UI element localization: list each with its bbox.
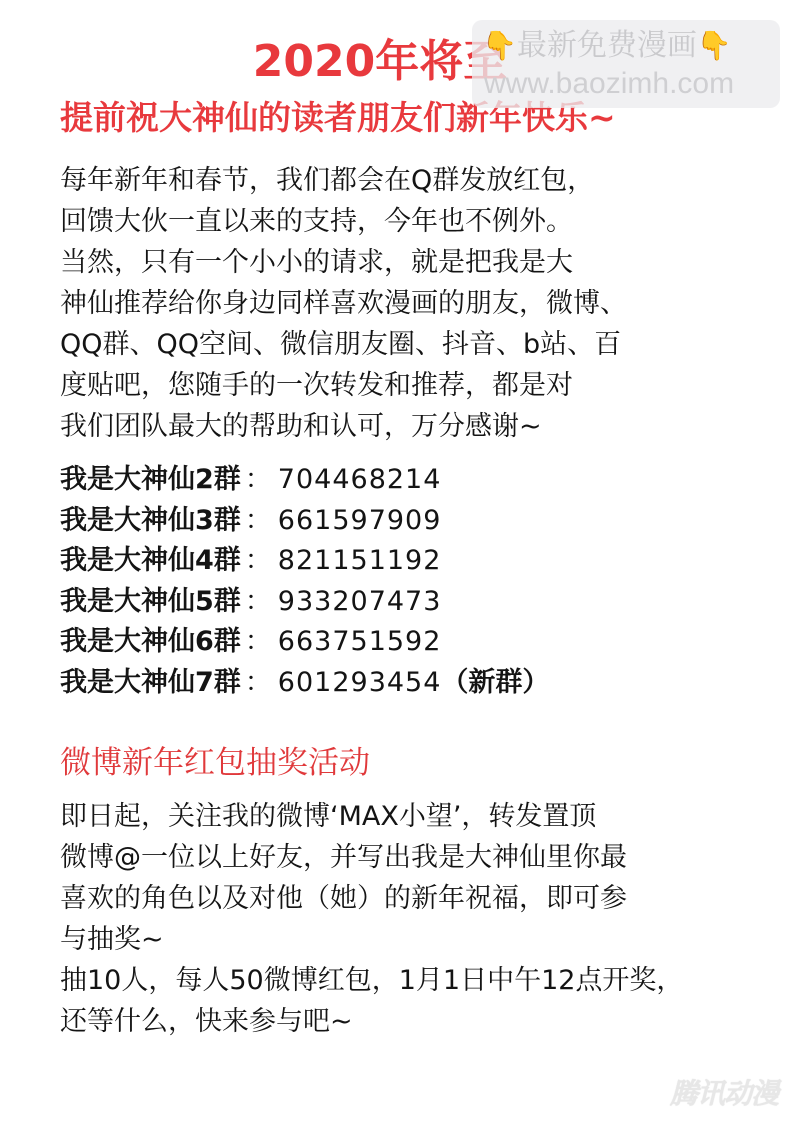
intro-line: 度贴吧，您随手的一次转发和推荐，都是对: [60, 365, 627, 406]
group-colon: ：: [245, 586, 272, 617]
group-name: 我是大神仙3群: [60, 505, 241, 536]
group-row: 我是大神仙3群：661597909: [60, 501, 549, 542]
qq-group-list: 我是大神仙2群：704468214 我是大神仙3群：661597909 我是大神…: [60, 460, 549, 703]
intro-line: 当然，只有一个小小的请求，就是把我是大: [60, 242, 627, 283]
group-number: 821151192: [278, 545, 442, 576]
watermark-url: www.baozimh.com: [484, 66, 734, 102]
group-colon: ：: [245, 626, 272, 657]
pointing-down-icon: 👇: [697, 29, 732, 62]
group-row: 我是大神仙2群：704468214: [60, 460, 549, 501]
group-colon: ：: [245, 464, 272, 495]
group-name: 我是大神仙5群: [60, 586, 241, 617]
intro-line: 我们团队最大的帮助和认可，万分感谢~: [60, 406, 627, 447]
intro-line: 每年新年和春节，我们都会在Q群发放红包，: [60, 160, 627, 201]
event-line: 抽10人，每人50微博红包，1月1日中午12点开奖，: [60, 960, 683, 1001]
intro-line: QQ群、QQ空间、微信朋友圈、抖音、b站、百: [60, 324, 627, 365]
watermark-text: 最新免费漫画: [517, 28, 697, 63]
group-name: 我是大神仙7群: [60, 667, 241, 698]
intro-line: 神仙推荐给你身边同样喜欢漫画的朋友，微博、: [60, 283, 627, 324]
event-paragraph: 即日起，关注我的微博‘MAX小望’，转发置顶 微博@一位以上好友，并写出我是大神…: [60, 796, 683, 1042]
intro-line: 回馈大伙一直以来的支持，今年也不例外。: [60, 201, 627, 242]
title-text: 2020年将至: [253, 36, 507, 88]
event-line: 还等什么，快来参与吧~: [60, 1001, 683, 1042]
site-watermark: 👇最新免费漫画👇 www.baozimh.com: [472, 20, 780, 108]
group-row: 我是大神仙7群：601293454（新群）: [60, 663, 549, 704]
tencent-comic-logo: 腾讯动漫: [670, 1072, 778, 1112]
group-row: 我是大神仙5群：933207473: [60, 582, 549, 623]
group-name: 我是大神仙6群: [60, 626, 241, 657]
group-name: 我是大神仙4群: [60, 545, 241, 576]
group-row: 我是大神仙6群：663751592: [60, 622, 549, 663]
group-number: 663751592: [278, 626, 442, 657]
event-line: 喜欢的角色以及对他（她）的新年祝福，即可参: [60, 878, 683, 919]
event-line: 与抽奖~: [60, 919, 683, 960]
group-number: 704468214: [278, 464, 442, 495]
group-note-new: （新群）: [441, 667, 549, 698]
group-number: 933207473: [278, 586, 442, 617]
pointing-down-icon: 👇: [482, 29, 517, 62]
group-row: 我是大神仙4群：821151192: [60, 541, 549, 582]
event-line: 微博@一位以上好友，并写出我是大神仙里你最: [60, 837, 683, 878]
intro-paragraph: 每年新年和春节，我们都会在Q群发放红包， 回馈大伙一直以来的支持，今年也不例外。…: [60, 160, 627, 447]
event-line: 即日起，关注我的微博‘MAX小望’，转发置顶: [60, 796, 683, 837]
watermark-banner: 👇最新免费漫画👇: [482, 26, 732, 66]
event-section-title: 微博新年红包抽奖活动: [60, 740, 370, 786]
group-colon: ：: [245, 505, 272, 536]
group-name: 我是大神仙2群: [60, 464, 241, 495]
group-colon: ：: [245, 667, 272, 698]
group-colon: ：: [245, 545, 272, 576]
group-number: 661597909: [278, 505, 442, 536]
group-number: 601293454: [278, 667, 442, 698]
